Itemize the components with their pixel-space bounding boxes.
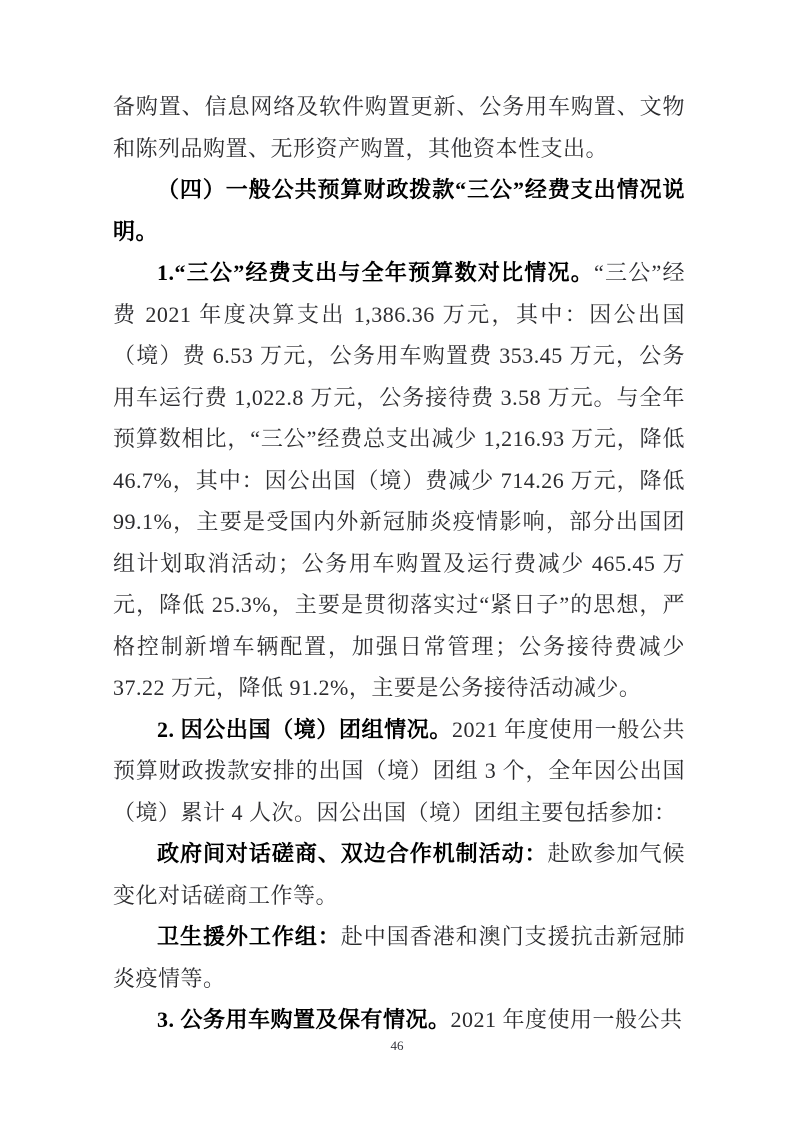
lead-bold-text: 政府间对话磋商、双边合作机制活动： <box>157 841 548 866</box>
para-1-three-public-vs-budget: 1.“三公”经费支出与全年预算数对比情况。“三公”经费 2021 年度决算支出 … <box>113 252 685 709</box>
page-number: 46 <box>0 1038 794 1054</box>
lead-bold-text: 卫生援外工作组： <box>157 924 341 949</box>
para-3-dialogue-consultation-activities: 政府间对话磋商、双边合作机制活动：赴欧参加气候变化对话磋商工作等。 <box>113 833 685 916</box>
document-page: 备购置、信息网络及软件购置更新、公务用车购置、文物和陈列品购置、无形资产购置，其… <box>0 0 794 1123</box>
document-body: 备购置、信息网络及软件购置更新、公务用车购置、文物和陈列品购置、无形资产购置，其… <box>113 86 685 1041</box>
para-capital-expenditure-continuation: 备购置、信息网络及软件购置更新、公务用车购置、文物和陈列品购置、无形资产购置，其… <box>113 86 685 169</box>
para-4-health-aid-working-group: 卫生援外工作组：赴中国香港和澳门支援抗击新冠肺炎疫情等。 <box>113 916 685 999</box>
lead-bold-text: 2. 因公出国（境）团组情况。 <box>157 717 452 742</box>
lead-bold-text: 3. 公务用车购置及保有情况。 <box>157 1007 451 1032</box>
heading-section-4-three-public-funds: （四）一般公共预算财政拨款“三公”经费支出情况说明。 <box>113 169 685 252</box>
body-text: “三公”经费 2021 年度决算支出 1,386.36 万元，其中：因公出国（境… <box>113 260 685 700</box>
body-text: 2021 年度使用一般公共 <box>451 1007 683 1032</box>
para-5-official-vehicle-ownership: 3. 公务用车购置及保有情况。2021 年度使用一般公共 <box>113 999 685 1041</box>
para-2-overseas-delegations: 2. 因公出国（境）团组情况。2021 年度使用一般公共预算财政拨款安排的出国（… <box>113 709 685 834</box>
lead-bold-text: 1.“三公”经费支出与全年预算数对比情况。 <box>157 260 594 285</box>
body-text: 备购置、信息网络及软件购置更新、公务用车购置、文物和陈列品购置、无形资产购置，其… <box>113 94 685 161</box>
heading-text: （四）一般公共预算财政拨款“三公”经费支出情况说明。 <box>113 177 685 244</box>
